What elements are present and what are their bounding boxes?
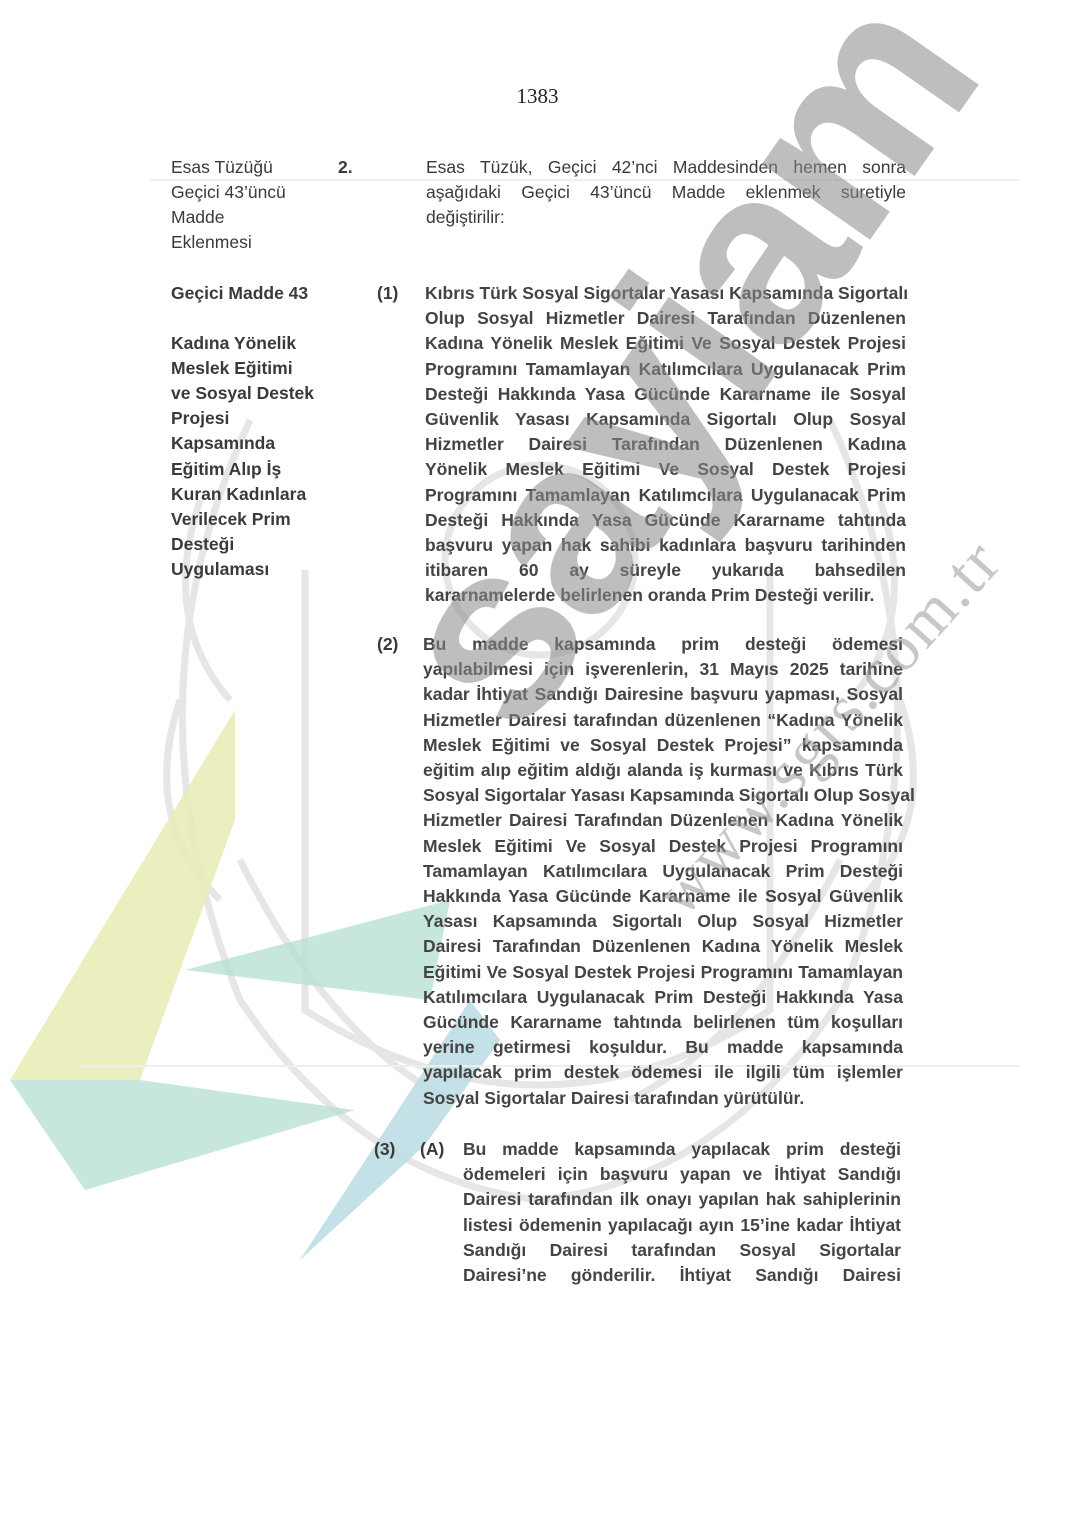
margin-title-line: Kuran Kadınlara xyxy=(171,482,306,507)
intro-line: Esas Tüzük, Geçici 42’nci Maddesinden he… xyxy=(426,155,906,180)
paragraph-line: Hizmetler Dairesi tarafından düzenlenen … xyxy=(423,708,903,733)
subparagraph-label: (A) xyxy=(420,1137,444,1162)
paragraph-line: Dairesi Tarafından Düzenlenen Kadına Yön… xyxy=(423,934,903,959)
margin-title-line: ve Sosyal Destek xyxy=(171,381,314,406)
paragraph-label: (3) xyxy=(374,1137,395,1162)
paragraph-line: Katılımcılara Uygulanacak Prim Desteği H… xyxy=(423,985,903,1010)
paragraph-line: Güvenlik Yasası Kapsamında Sigortalı Olu… xyxy=(425,407,906,432)
margin-heading-line: Geçici 43’üncü xyxy=(171,180,286,205)
paragraph-line: Yönelik Meslek Eğitimi Ve Sosyal Destek … xyxy=(425,457,906,482)
paragraph-line: Dairesi’ne gönderilir. İhtiyat Sandığı D… xyxy=(463,1263,901,1288)
paragraph-line: başvuru yapan hak sahibi kadınlara başvu… xyxy=(425,533,906,558)
paragraph-line: Sosyal Sigortalar Dairesi tarafından yür… xyxy=(423,1086,903,1111)
intro-line: değiştirilir: xyxy=(426,205,906,230)
paragraph-line: Desteği Hakkında Yasa Gücünde Kararname … xyxy=(425,382,906,407)
paragraph-line: Hakkında Yasa Gücünde Kararname ile Sosy… xyxy=(423,884,903,909)
paragraph-line: Meslek Eğitimi ve Sosyal Destek Projesi”… xyxy=(423,733,903,758)
paragraph-line: yapılabilmesi için işverenlerin, 31 Mayı… xyxy=(423,657,903,682)
paragraph-line: ödemeleri için başvuru yapan ve İhtiyat … xyxy=(463,1162,901,1187)
paragraph-line: Programını Tamamlayan Katılımcılara Uygu… xyxy=(425,357,906,382)
paragraph-line: yapılacak prim destek ödemesi ile ilgili… xyxy=(423,1060,903,1085)
paragraph-line: Tamamlayan Katılımcılara Uygulanacak Pri… xyxy=(423,859,903,884)
paragraph-line: Sosyal Sigortalar Yasası Kapsamında Sigo… xyxy=(423,783,903,808)
paragraph-line: listesi ödemenin yapılacağı ayın 15’ine … xyxy=(463,1213,901,1238)
margin-title-line: Verilecek Prim xyxy=(171,507,291,532)
margin-heading-line: Eklenmesi xyxy=(171,230,252,255)
paragraph-line: Gücünde Kararname tahtında belirlenen tü… xyxy=(423,1010,903,1035)
article-number: 2. xyxy=(338,155,353,180)
paragraph-line: Desteği Hakkında Yasa Gücünde Kararname … xyxy=(425,508,906,533)
paragraph-line: Hizmetler Dairesi Tarafından Düzenlenen … xyxy=(425,432,906,457)
paragraph-label: (1) xyxy=(377,281,398,306)
paragraph-line: Programını Tamamlayan Katılımcılara Uygu… xyxy=(425,483,906,508)
paragraph-line: kararnamelerde belirlenen oranda Prim De… xyxy=(425,583,906,608)
paragraph-line: Kadına Yönelik Meslek Eğitimi Ve Sosyal … xyxy=(425,331,906,356)
margin-title-line: Uygulaması xyxy=(171,557,269,582)
margin-title-line: Desteği xyxy=(171,532,234,557)
paragraph-line: Olup Sosyal Hizmetler Dairesi Tarafından… xyxy=(425,306,906,331)
paragraph-line: Bu madde kapsamında yapılacak prim deste… xyxy=(463,1137,901,1162)
margin-title-line: Kapsamında xyxy=(171,431,275,456)
margin-title-line: Meslek Eğitimi xyxy=(171,356,293,381)
paragraph-line: Bu madde kapsamında prim desteği ödemesi xyxy=(423,632,903,657)
paragraph-line: Yasası Kapsamında Sigortalı Olup Sosyal … xyxy=(423,909,903,934)
paragraph-line: kadar İhtiyat Sandığı Dairesine başvuru … xyxy=(423,682,903,707)
paragraph-line: Sandığı Dairesi tarafından Sosyal Sigort… xyxy=(463,1238,901,1263)
provision-title: Geçici Madde 43 xyxy=(171,281,308,306)
margin-heading-line: Madde xyxy=(171,205,225,230)
paragraph-label: (2) xyxy=(377,632,398,657)
paragraph-line: itibaren 60 ay süreyle yukarıda bahsedil… xyxy=(425,558,906,583)
margin-heading-line: Esas Tüzüğü xyxy=(171,155,273,180)
paragraph-line: Meslek Eğitimi Ve Sosyal Destek Projesi … xyxy=(423,834,903,859)
paragraph-line: Hizmetler Dairesi Tarafından Düzenlenen … xyxy=(423,808,903,833)
margin-title-line: Projesi xyxy=(171,406,229,431)
paragraph-line: Kıbrıs Türk Sosyal Sigortalar Yasası Kap… xyxy=(425,281,906,306)
margin-title-line: Kadına Yönelik xyxy=(171,331,296,356)
paragraph-line: Dairesi tarafından ilk onayı yapılan hak… xyxy=(463,1187,901,1212)
paragraph-line: yerine getirmesi koşuldur. Bu madde kaps… xyxy=(423,1035,903,1060)
page-number: 1383 xyxy=(0,84,1075,109)
intro-line: aşağıdaki Geçici 43’üncü Madde eklenmek … xyxy=(426,180,906,205)
margin-title-line: Eğitim Alıp İş xyxy=(171,457,281,482)
paragraph-line: Eğitimi Ve Sosyal Destek Projesi Program… xyxy=(423,960,903,985)
document-page: 1383 Esas Tüzüğü Geçici 43’üncü Madde Ek… xyxy=(0,0,1075,1518)
paragraph-line: eğitim alıp eğitim aldığı alanda iş kurm… xyxy=(423,758,903,783)
